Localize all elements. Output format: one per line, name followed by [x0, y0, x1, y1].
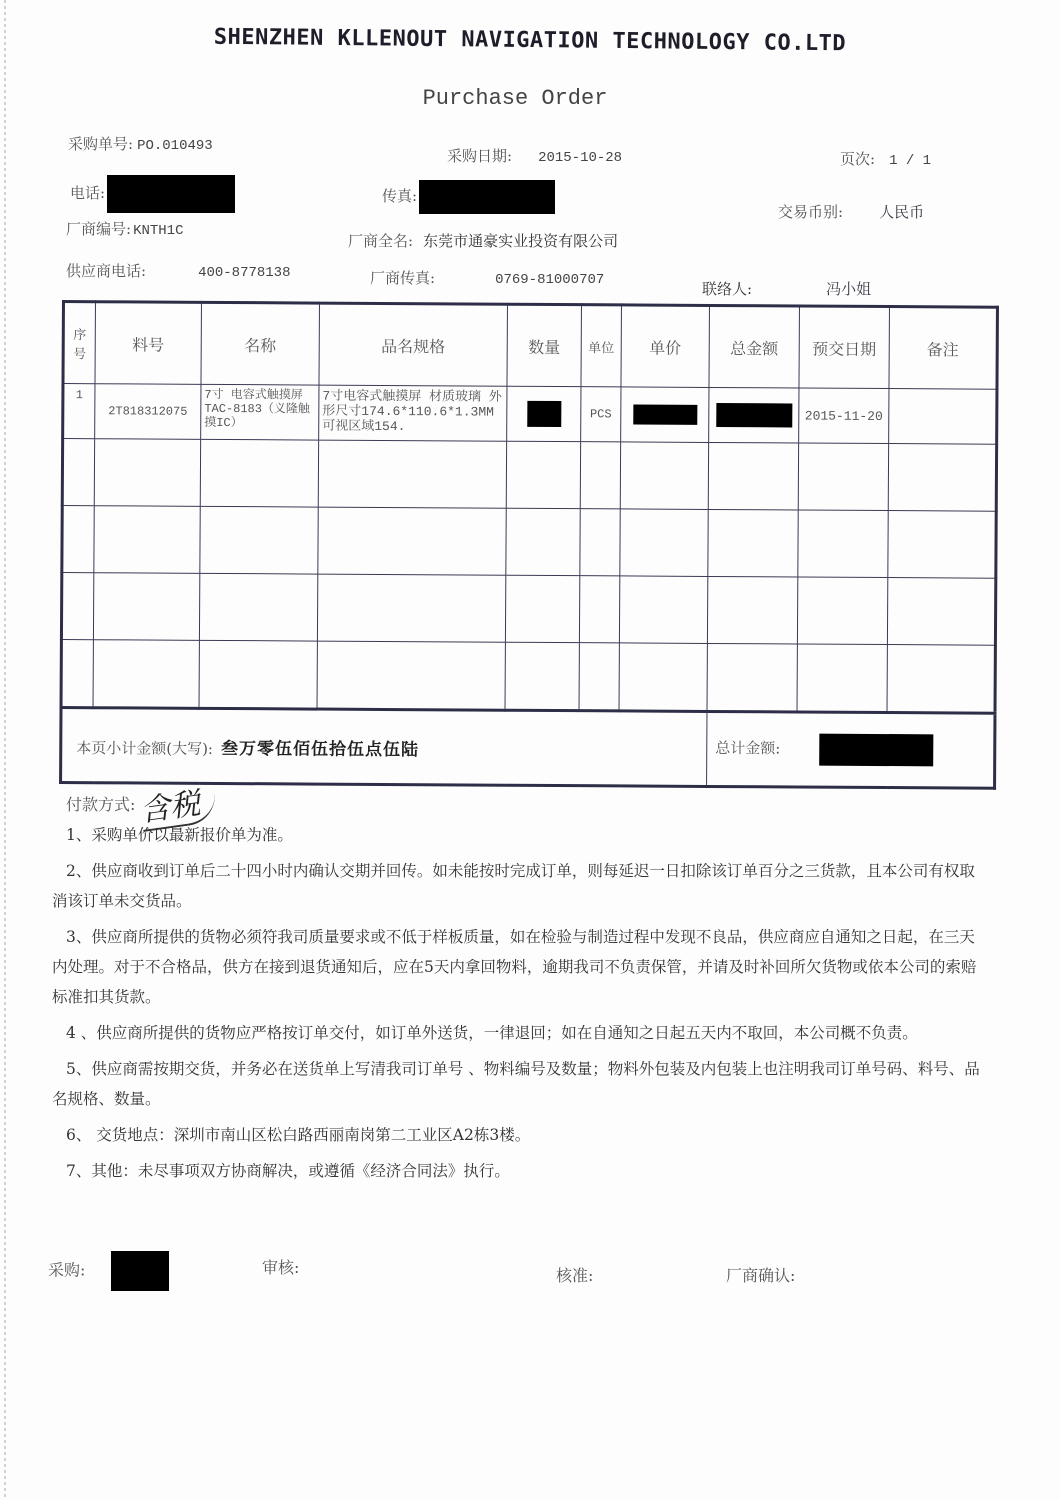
col-header-amount: 总金额	[709, 305, 799, 388]
vendor-name-label: 厂商全名:	[348, 232, 413, 250]
table-header-row: 序号 料号 名称 品名规格 数量 单位 单价 总金额 预交日期 备注	[63, 302, 997, 390]
currency-value: 人民币	[879, 203, 924, 221]
cell-part-no: 2T818312075	[95, 384, 201, 440]
col-header-remark: 备注	[889, 307, 997, 390]
table-row-empty	[61, 640, 995, 714]
page-label: 页次:	[840, 150, 875, 168]
amount-redacted	[716, 403, 792, 427]
total-redacted	[819, 734, 933, 767]
cell-delivery-date: 2015-11-20	[799, 388, 889, 444]
phone-label: 电话:	[70, 184, 105, 202]
total-cell: 总计金额:	[707, 711, 995, 788]
term-item: 3、供应商所提供的货物必须符我司质量要求或不低于样板质量，如在检验与制造过程中发…	[52, 922, 982, 1012]
table-row-empty	[61, 573, 995, 646]
cell-name: 7寸 电容式触摸屏 TAC-8183（义隆触摸IC）	[201, 384, 319, 440]
po-date-value: 2015-10-28	[538, 150, 622, 166]
po-number-field: 采购单号:PO.010493	[68, 133, 213, 154]
fax-field: 传真:	[382, 180, 555, 214]
fax-redacted	[419, 180, 555, 214]
table-row-empty	[62, 439, 996, 512]
po-number-label: 采购单号:	[68, 135, 133, 153]
vendor-fax-label: 厂商传真:	[370, 269, 435, 287]
reviewer-label: 审核:	[262, 1255, 299, 1278]
po-date-label: 采购日期:	[447, 147, 512, 165]
payment-method: 付款方式:含税	[66, 775, 215, 821]
contact-field: 联络人:冯小姐	[702, 278, 871, 299]
term-item: 5、供应商需按期交货，并务必在送货单上写清我司订单号 、物料编号及数量；物料外包…	[52, 1054, 982, 1114]
purchaser-label: 采购:	[48, 1261, 85, 1280]
currency-label: 交易币别:	[778, 203, 843, 221]
page-field: 页次:1 / 1	[840, 148, 931, 169]
order-table: 序号 料号 名称 品名规格 数量 单位 单价 总金额 预交日期 备注 1 2T8…	[59, 300, 999, 790]
purchaser-field: 采购:	[48, 1251, 169, 1291]
vendor-confirm-label: 厂商确认:	[726, 1263, 795, 1286]
term-item: 1、采购单价以最新报价单为准。	[52, 820, 982, 850]
col-header-delivery-date: 预交日期	[799, 306, 889, 389]
col-header-part-no: 料号	[95, 302, 201, 385]
company-name: SHENZHEN KLLENOUT NAVIGATION TECHNOLOGY …	[0, 22, 1060, 58]
page-value: 1 / 1	[889, 153, 931, 169]
po-number-value: PO.010493	[137, 138, 213, 154]
qty-redacted	[527, 401, 561, 427]
total-label: 总计金额:	[715, 739, 780, 757]
col-header-unit: 单位	[581, 305, 622, 387]
table-row-empty	[62, 506, 996, 579]
cell-remark	[889, 389, 997, 445]
supplier-phone-label: 供应商电话:	[66, 262, 146, 280]
vendor-code-value: KNTH1C	[133, 223, 183, 239]
supplier-phone-value: 400-8778138	[198, 265, 290, 281]
vendor-name-field: 厂商全名:东莞市通豪实业投资有限公司	[348, 230, 618, 251]
col-header-qty: 数量	[507, 304, 581, 386]
phone-field: 电话:	[70, 175, 235, 213]
po-date-field: 采购日期:2015-10-28	[447, 145, 622, 166]
contact-label: 联络人:	[702, 280, 752, 298]
approver-label: 核准:	[556, 1263, 593, 1286]
term-item: 4 、供应商所提供的货物应严格按订单交付，如订单外送货，一律退回；如在自通知之日…	[52, 1018, 982, 1048]
terms-section: 1、采购单价以最新报价单为准。 2、供应商收到订单后二十四小时内确认交期并回传。…	[52, 820, 982, 1192]
col-header-seq: 序号	[63, 302, 96, 384]
vendor-fax-field: 厂商传真:0769-81000707	[370, 267, 604, 288]
term-item: 6、 交货地点：深圳市南山区松白路西丽南岗第二工业区A2栋3楼。	[52, 1120, 982, 1150]
cell-unit-price	[621, 387, 709, 443]
payment-label: 付款方式:	[66, 795, 135, 814]
col-header-spec: 品名规格	[319, 303, 507, 386]
purchaser-redacted	[111, 1251, 169, 1291]
cell-amount	[709, 387, 799, 443]
phone-redacted	[107, 175, 235, 213]
subtotal-label: 本页小计金额(大写):	[76, 739, 213, 758]
unit-price-redacted	[633, 404, 697, 424]
vendor-code-label: 厂商编号:	[66, 220, 131, 238]
vendor-code-field: 厂商编号:KNTH1C	[66, 218, 183, 239]
table-row: 1 2T818312075 7寸 电容式触摸屏 TAC-8183（义隆触摸IC）…	[63, 384, 997, 445]
col-header-unit-price: 单价	[621, 305, 709, 388]
vendor-fax-value: 0769-81000707	[495, 272, 604, 288]
supplier-phone-field: 供应商电话:400-8778138	[66, 260, 290, 281]
fax-label: 传真:	[382, 187, 417, 205]
term-item: 7、其他：未尽事项双方协商解决，或遵循《经济合同法》执行。	[52, 1156, 982, 1186]
scan-edge	[4, 0, 6, 1500]
cell-unit: PCS	[581, 387, 621, 442]
cell-qty	[507, 386, 581, 441]
currency-field: 交易币别:人民币	[778, 201, 924, 222]
col-header-name: 名称	[201, 302, 319, 385]
cell-spec: 7寸电容式触摸屏 材质玻璃 外形尺寸174.6*110.6*1.3MM 可视区域…	[319, 385, 507, 441]
vendor-name-value: 东莞市通豪实业投资有限公司	[423, 232, 618, 250]
contact-value: 冯小姐	[826, 280, 871, 298]
term-item: 2、供应商收到订单后二十四小时内确认交期并回传。如未能按时完成订单，则每延迟一日…	[52, 856, 982, 916]
document-title: Purchase Order	[0, 86, 1030, 111]
subtotal-amount-words: 叁万零伍佰伍拾伍点伍陆	[221, 738, 419, 759]
cell-seq: 1	[63, 384, 95, 439]
